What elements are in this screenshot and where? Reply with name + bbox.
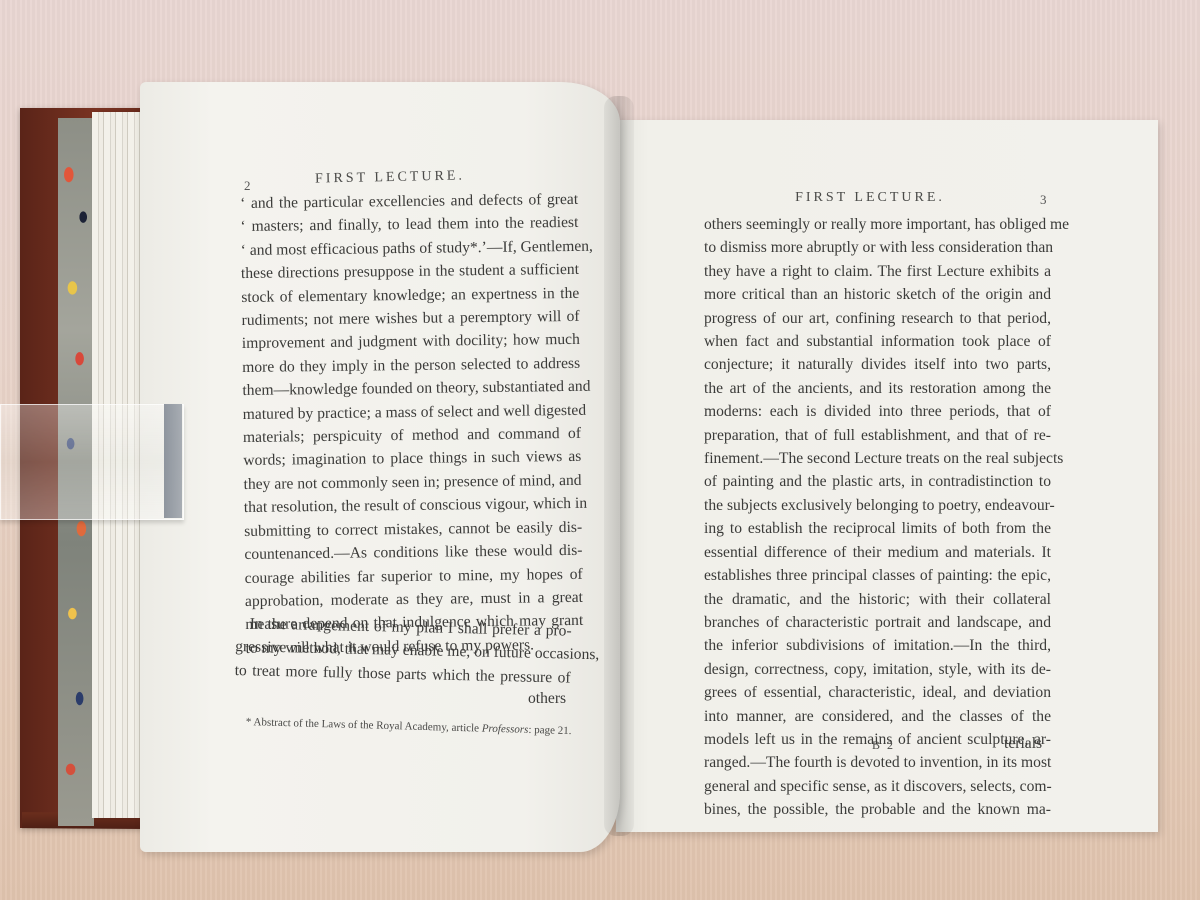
footnote-italic: Professors: [482, 723, 529, 736]
text-line: countenanced.—As conditions like these w…: [244, 539, 582, 567]
text-line: finement.—The second Lecture treats on t…: [704, 447, 1051, 470]
right-folio: 3: [1040, 192, 1047, 208]
right-text-block: others seemingly or really more importan…: [704, 213, 1051, 822]
text-line: others seemingly or really more importan…: [704, 213, 1051, 236]
text-line: branches of characteristic portrait and …: [704, 611, 1051, 634]
text-line: the subjects exclusively belonging to po…: [704, 494, 1051, 517]
left-text-block: ‘ and the particular excellencies and de…: [240, 188, 584, 660]
text-line: conjecture; it naturally divides itself …: [704, 353, 1051, 376]
text-line: design, correctness, copy, imitation, st…: [704, 658, 1051, 681]
text-line: into manner, are considered, and the cla…: [704, 705, 1051, 728]
left-catchword: others: [528, 690, 566, 708]
text-line: they have a right to claim. The first Le…: [704, 260, 1051, 283]
signature-mark: B 2: [872, 738, 895, 753]
text-line: the art of the ancients, and its restora…: [704, 377, 1051, 400]
right-catchword: terials: [1004, 735, 1042, 753]
text-line: progress of our art, confining research …: [704, 307, 1051, 330]
text-line: grees of essential, characteristic, idea…: [704, 681, 1051, 704]
right-running-head: FIRST LECTURE.: [770, 190, 970, 206]
text-line: essential difference of their medium and…: [704, 541, 1051, 564]
text-line: more critical than an historic sketch of…: [704, 283, 1051, 306]
text-line: ing to establish the reciprocal limits o…: [704, 517, 1051, 540]
text-line: general and specific sense, as it discov…: [704, 775, 1051, 798]
text-line: the inferior subdivisions of imitation.—…: [704, 634, 1051, 657]
footnote-tail: : page 21.: [528, 724, 571, 737]
text-line: when fact and substantial information to…: [704, 330, 1051, 353]
text-line: preparation, that of full establishment,…: [704, 424, 1051, 447]
text-line: the dramatic, and the historic; with the…: [704, 588, 1051, 611]
glass-page-weight: [0, 404, 184, 520]
footnote-mark: *: [246, 716, 252, 728]
text-line: to dismiss more abruptly or with less co…: [704, 236, 1051, 259]
glass-weight-edge: [164, 404, 182, 518]
text-line: of painting and the plastic arts, in con…: [704, 470, 1051, 493]
text-line: bines, the possible, the probable and th…: [704, 798, 1051, 821]
gutter-shadow: [604, 96, 634, 836]
text-line: moderns: each is divided into three peri…: [704, 400, 1051, 423]
left-paragraph-2: In the arrangement of my plan I shall pr…: [234, 612, 572, 690]
text-line: ranged.—The fourth is devoted to inventi…: [704, 751, 1051, 774]
text-line: establishes three principal classes of p…: [704, 564, 1051, 587]
